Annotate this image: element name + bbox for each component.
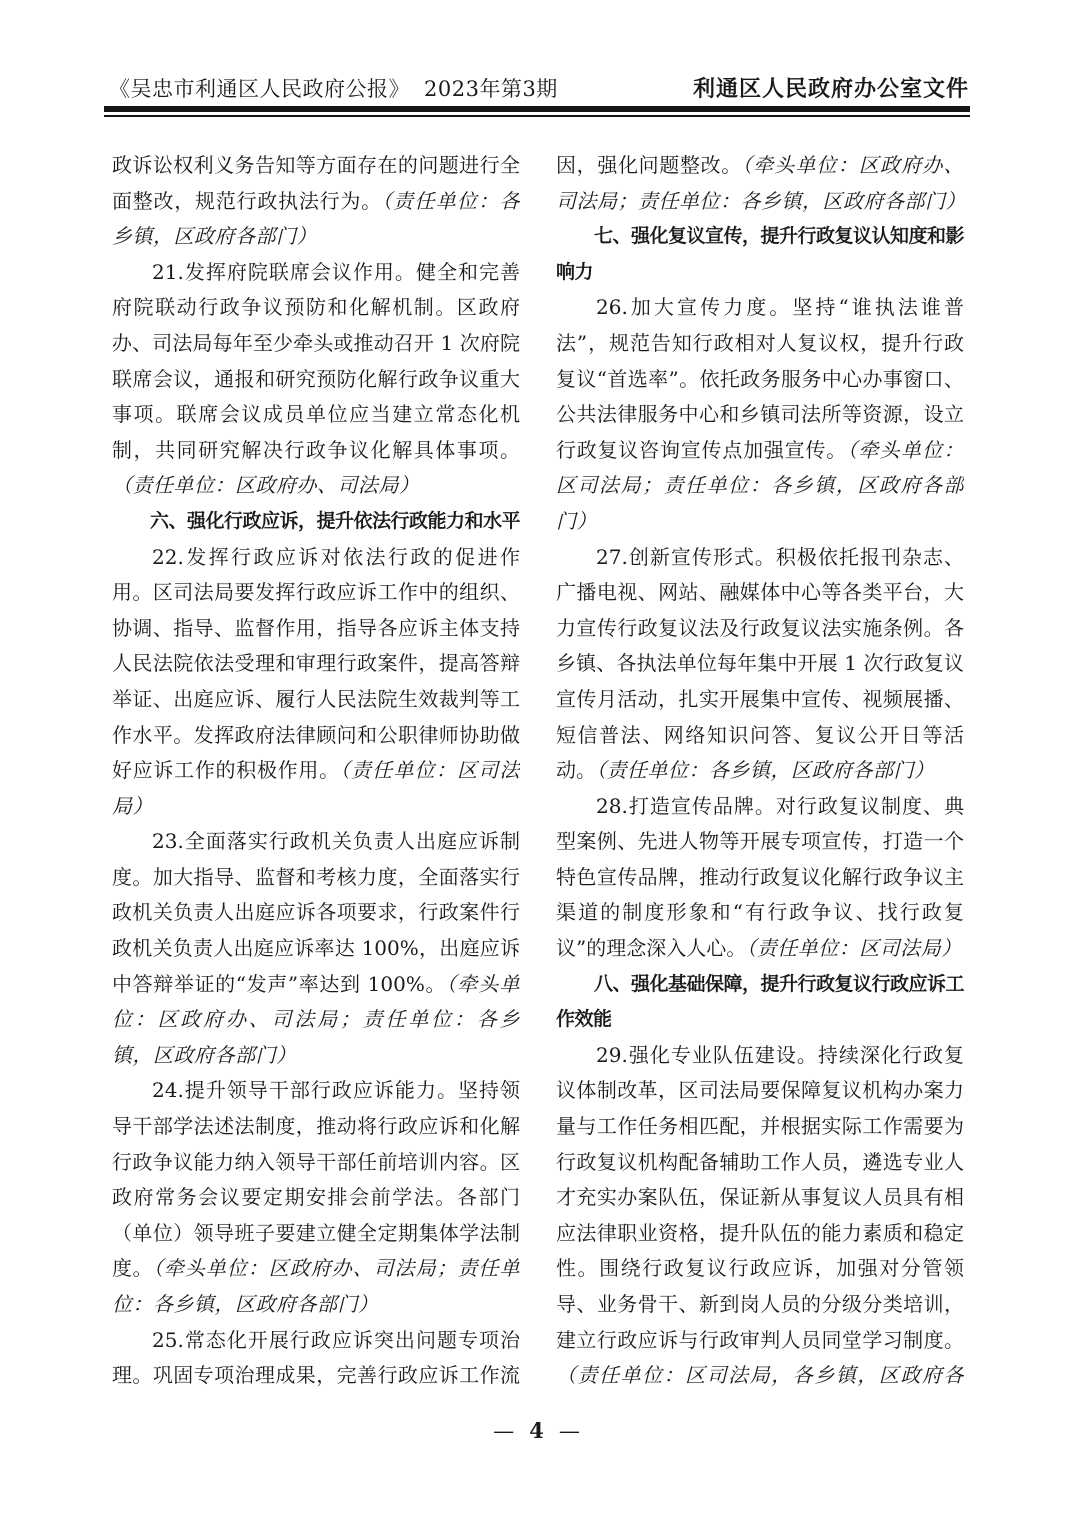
paragraph-24: 24.提升领导干部行政应诉能力。坚持领导干部学法述法制度，推动将行政应诉和化解行… <box>112 1073 520 1322</box>
left-column: 政诉讼权利义务告知等方面存在的问题进行全面整改，规范行政执法行为。（责任单位：各… <box>112 148 520 1400</box>
responsible-unit: （责任单位：区司法局，各乡镇，区政府各部门） <box>556 1363 964 1400</box>
page-header: 《吴忠市利通区人民政府公报》2023年第3期 利通区人民政府办公室文件 <box>109 72 969 103</box>
page-footer: —4— <box>0 1418 1074 1443</box>
paragraph-text: 21.发挥府院联席会议作用。健全和完善府院联动行政争议预防和化解机制。区政府办、… <box>112 260 520 462</box>
section-heading-6: 六、强化行政应诉，提升依法行政能力和水平 <box>112 504 520 540</box>
paragraph-25: 25.常态化开展行政应诉突出问题专项治理。巩固专项治理成果，完善行政应诉工作流程… <box>112 1323 520 1400</box>
paragraph-text: 因，强化问题整改。 <box>556 153 742 177</box>
footer-left-dash: — <box>493 1419 515 1443</box>
paragraph-text: 29.强化专业队伍建设。持续深化行政复议体制改革，区司法局要保障复议机构办案力量… <box>556 1043 964 1352</box>
responsible-unit: （责任单位：各乡镇，区政府各部门） <box>596 758 935 782</box>
paragraph-text: 25.常态化开展行政应诉突出问题专项治理。巩固专项治理成果，完善行政应诉工作流程… <box>112 1328 520 1400</box>
paragraph-28: 28.打造宣传品牌。对行政复议制度、典型案例、先进人物等开展专项宣传，打造一个特… <box>556 789 964 967</box>
footer-right-dash: — <box>559 1419 581 1443</box>
paragraph-continuation: 政诉讼权利义务告知等方面存在的问题进行全面整改，规范行政执法行为。（责任单位：各… <box>112 148 520 255</box>
paragraph-text: 27.创新宣传形式。积极依托报刊杂志、广播电视、网站、融媒体中心等各类平台，大力… <box>556 545 964 783</box>
section-heading-7: 七、强化复议宣传，提升行政复议认知度和影响力 <box>556 219 964 290</box>
body-columns: 政诉讼权利义务告知等方面存在的问题进行全面整改，规范行政执法行为。（责任单位：各… <box>112 148 964 1400</box>
responsible-unit: （牵头单位：区政府办、司法局；责任单位：各乡镇，区政府各部门） <box>112 1256 520 1316</box>
paragraph-27: 27.创新宣传形式。积极依托报刊杂志、广播电视、网站、融媒体中心等各类平台，大力… <box>556 540 964 789</box>
gazette-page: 《吴忠市利通区人民政府公报》2023年第3期 利通区人民政府办公室文件 政诉讼权… <box>0 0 1074 1520</box>
gazette-title-text: 《吴忠市利通区人民政府公报》 <box>109 77 410 101</box>
page-number: 4 <box>529 1418 545 1443</box>
gazette-issue: 2023年第3期 <box>424 77 558 101</box>
paragraph-text: 22.发挥行政应诉对依法行政的促进作用。区司法局要发挥行政应诉工作中的组织、协调… <box>112 545 520 783</box>
paragraph-29: 29.强化专业队伍建设。持续深化行政复议体制改革，区司法局要保障复议机构办案力量… <box>556 1038 964 1400</box>
gazette-title: 《吴忠市利通区人民政府公报》2023年第3期 <box>109 73 558 103</box>
responsible-unit: （责任单位：区政府办、司法局） <box>112 473 420 497</box>
section-heading-8: 八、强化基础保障，提升行政复议行政应诉工作效能 <box>556 967 964 1038</box>
header-rule-thin <box>104 115 970 117</box>
paragraph-26: 26.加大宣传力度。坚持“谁执法谁普法”，规范告知行政相对人复议权，提升行政复议… <box>556 290 964 539</box>
responsible-unit: （责任单位：区司法局） <box>746 936 962 960</box>
office-document-label: 利通区人民政府办公室文件 <box>693 72 969 103</box>
header-rule-thick <box>104 106 970 112</box>
paragraph-21: 21.发挥府院联席会议作用。健全和完善府院联动行政争议预防和化解机制。区政府办、… <box>112 255 520 504</box>
paragraph-23: 23.全面落实行政机关负责人出庭应诉制度。加大指导、监督和考核力度，全面落实行政… <box>112 824 520 1073</box>
paragraph-text: 24.提升领导干部行政应诉能力。坚持领导干部学法述法制度，推动将行政应诉和化解行… <box>112 1078 520 1280</box>
right-column: 因，强化问题整改。（牵头单位：区政府办、司法局；责任单位：各乡镇，区政府各部门）… <box>556 148 964 1400</box>
paragraph-continuation: 因，强化问题整改。（牵头单位：区政府办、司法局；责任单位：各乡镇，区政府各部门） <box>556 148 964 219</box>
paragraph-22: 22.发挥行政应诉对依法行政的促进作用。区司法局要发挥行政应诉工作中的组织、协调… <box>112 540 520 825</box>
